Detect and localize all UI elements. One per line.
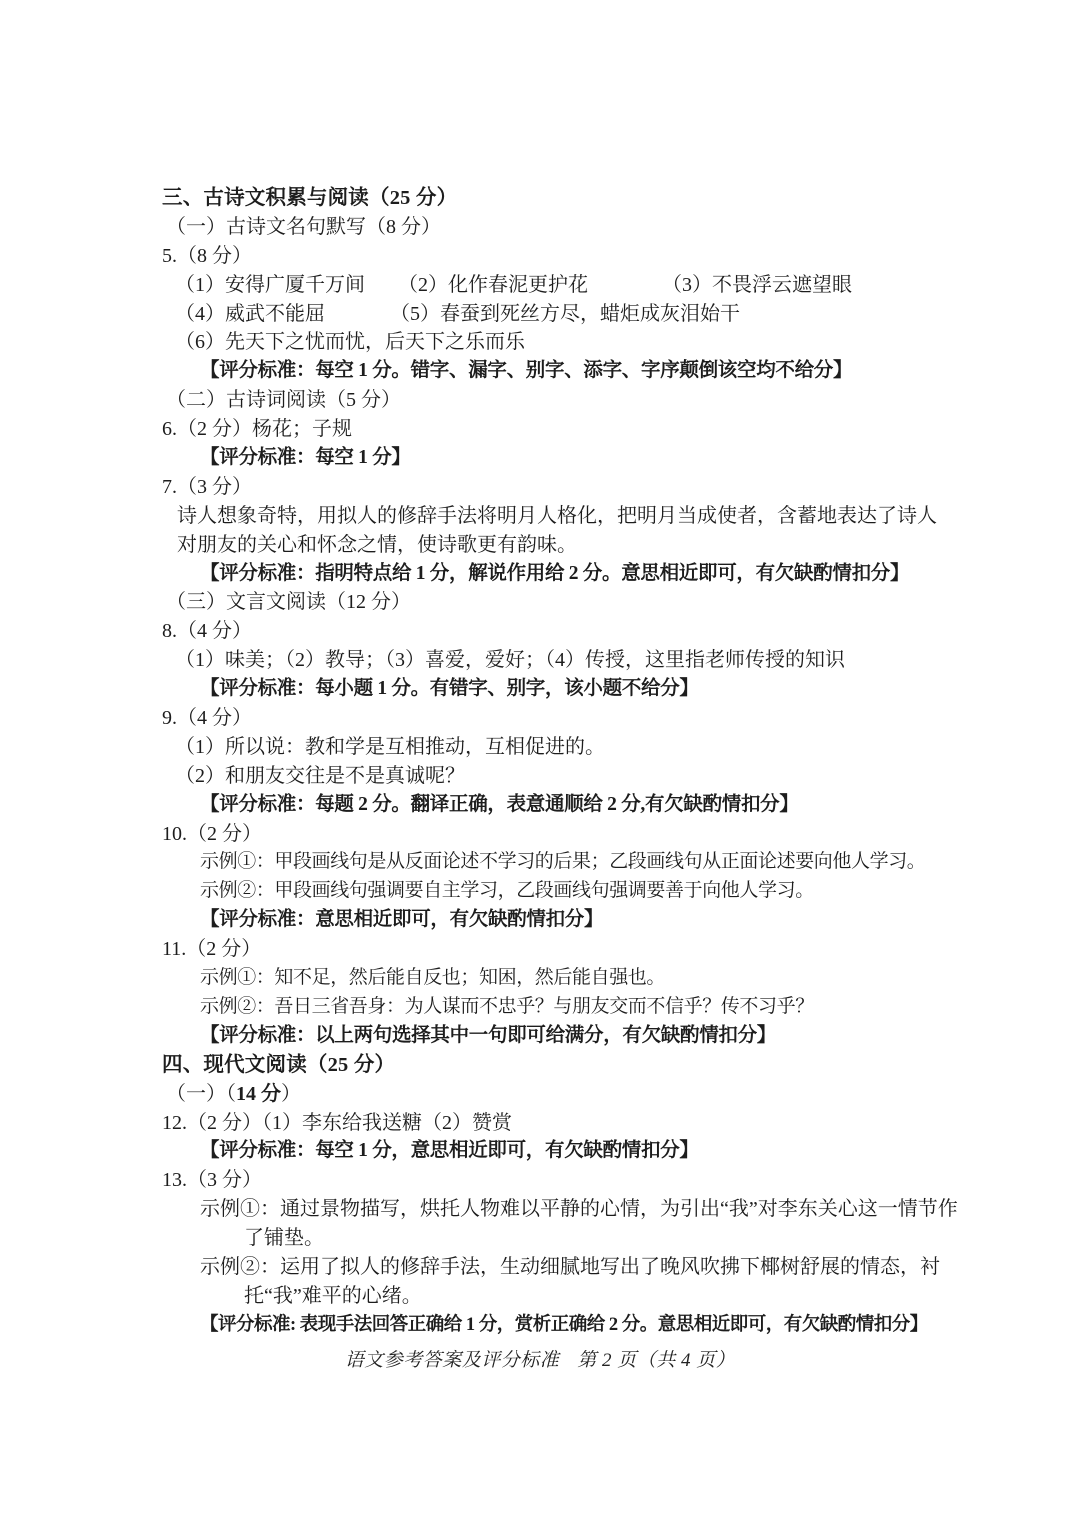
text-segment: 三、古诗文积累与阅读（25 分） [162, 184, 457, 213]
text-segment: 示例①：知不足，然后能自反也；知困，然后能自强也。 [200, 964, 665, 993]
answer-5-item-6: （6）先天下之忧而忧，后天下之乐而乐 [162, 328, 962, 357]
text-segment: 【评分标准：每题 2 分。翻译正确，表意通顺给 2 分,有欠缺酌情扣分】 [200, 791, 799, 820]
text-segment: 诗人想象奇特，用拟人的修辞手法将明月人格化，把明月当成使者，含蓄地表达了诗人 [177, 502, 937, 531]
answer-5-items-4-5: （4）威武不能屈（5）春蚕到死丝方尽，蜡炬成灰泪始干 [162, 300, 962, 329]
text-segment: 13.（3 分） [162, 1166, 262, 1195]
subsection-heading-4-1: （一）（14 分） [162, 1080, 962, 1109]
text-segment: 【评分标准：每空 1 分，意思相近即可，有欠缺酌情扣分】 [200, 1137, 699, 1166]
scoring-standard-6: 【评分标准：每空 1 分】 [162, 444, 962, 473]
text-segment: 12.（2 分）（1）李东给我送糖（2）赞赏 [162, 1109, 512, 1138]
answer-9-2: （2）和朋友交往是不是真诚呢？ [162, 762, 962, 791]
footer-page-number: 第 2 页（共 4 页） [577, 1350, 735, 1371]
answer-8: （1）味美；（2）教导；（3）喜爱，爱好；（4）传授，这里指老师传授的知识 [162, 646, 962, 675]
text-segment: （1）所以说：教和学是互相推动，互相促进的。 [175, 733, 605, 762]
text-segment: （二）古诗词阅读（5 分） [166, 386, 401, 415]
text-segment: 示例①：甲段画线句是从反面论述不学习的后果；乙段画线句从正面论述要向他人学习。 [200, 848, 925, 877]
text-segment: （6）先天下之忧而忧，后天下之乐而乐 [175, 328, 525, 357]
text-segment: 【评分标准：每小题 1 分。有错字、别字，该小题不给分】 [200, 675, 699, 704]
scoring-standard-10: 【评分标准：意思相近即可，有欠缺酌情扣分】 [162, 906, 962, 935]
text-segment: 【评分标准：指明特点给 1 分，解说作用给 2 分。意思相近即可，有欠缺酌情扣分… [200, 560, 909, 589]
answer-11-example-2: 示例②：吾日三省吾身：为人谋而不忠乎？与朋友交而不信乎？传不习乎？ [162, 993, 962, 1022]
text-segment: （4）威武不能屈 [175, 300, 390, 329]
page-footer: 语文参考答案及评分标准第 2 页（共 4 页） [0, 1346, 1080, 1376]
text-segment: 四、现代文阅读（25 分） [162, 1051, 395, 1080]
question-13: 13.（3 分） [162, 1166, 962, 1195]
section-heading-3: 三、古诗文积累与阅读（25 分） [162, 184, 962, 213]
answer-13-example-1-line2: 了铺垫。 [162, 1224, 962, 1253]
scoring-standard-11: 【评分标准：以上两句选择其中一句即可给满分，有欠缺酌情扣分】 [162, 1022, 962, 1051]
text-segment: 8.（4 分） [162, 617, 252, 646]
scoring-standard-5: 【评分标准：每空 1 分。错字、漏字、别字、添字、字序颠倒该空均不给分】 [162, 357, 962, 386]
text-segment: 7.（3 分） [162, 473, 252, 502]
question-6-answer: 6.（2 分）杨花；子规 [162, 415, 962, 444]
text-segment: （一）（ [166, 1080, 236, 1109]
question-10: 10.（2 分） [162, 820, 962, 849]
text-segment: 示例②：甲段画线句强调要自主学习，乙段画线句强调要善于向他人学习。 [200, 877, 814, 906]
question-5: 5.（8 分） [162, 242, 962, 271]
text-segment: 【评分标准：每空 1 分】 [200, 444, 411, 473]
text-segment: （三）文言文阅读（12 分） [166, 588, 411, 617]
answer-13-example-2-line2: 托“我”难平的心绪。 [162, 1282, 962, 1311]
question-11: 11.（2 分） [162, 935, 962, 964]
text-segment: （5）春蚕到死丝方尽，蜡炬成灰泪始干 [390, 300, 740, 329]
answer-13-example-2-line1: 示例②：运用了拟人的修辞手法，生动细腻地写出了晚风吹拂下椰树舒展的情态，衬 [162, 1253, 962, 1282]
question-8: 8.（4 分） [162, 617, 962, 646]
text-segment: 10.（2 分） [162, 820, 262, 849]
text-segment: 【评分标准：以上两句选择其中一句即可给满分，有欠缺酌情扣分】 [200, 1022, 776, 1051]
text-segment: 5.（8 分） [162, 242, 252, 271]
text-segment: （2）化作春泥更护花 [398, 271, 662, 300]
answer-5-items-1-3: （1）安得广厦千万间（2）化作春泥更护花（3）不畏浮云遮望眼 [162, 271, 962, 300]
subsection-heading-3-2: （二）古诗词阅读（5 分） [162, 386, 962, 415]
text-segment: （3）不畏浮云遮望眼 [662, 271, 852, 300]
document-page: 三、古诗文积累与阅读（25 分）（一）古诗文名句默写（8 分）5.（8 分）（1… [0, 0, 1080, 1527]
text-segment: 示例②：吾日三省吾身：为人谋而不忠乎？与朋友交而不信乎？传不习乎？ [200, 993, 814, 1022]
answer-key-body: 三、古诗文积累与阅读（25 分）（一）古诗文名句默写（8 分）5.（8 分）（1… [162, 184, 962, 1340]
text-segment: 【评分标准：意思相近即可，有欠缺酌情扣分】 [200, 906, 603, 935]
text-segment: （2）和朋友交往是不是真诚呢？ [175, 762, 465, 791]
footer-document-title: 语文参考答案及评分标准 [345, 1350, 560, 1371]
text-segment: 了铺垫。 [244, 1224, 324, 1253]
text-segment: （一）古诗文名句默写（8 分） [166, 213, 441, 242]
text-segment: 对朋友的关心和怀念之情，使诗歌更有韵味。 [177, 531, 577, 560]
text-segment: 【评分标准：每空 1 分。错字、漏字、别字、添字、字序颠倒该空均不给分】 [200, 357, 852, 386]
question-9: 9.（4 分） [162, 704, 962, 733]
answer-7-line2: 对朋友的关心和怀念之情，使诗歌更有韵味。 [162, 531, 962, 560]
text-segment: 【评分标准: 表现手法回答正确给 1 分，赏析正确给 2 分。意思相近即可，有欠… [200, 1311, 928, 1340]
text-segment: 示例①：通过景物描写，烘托人物难以平静的心情，为引出“我”对李东关心这一情节作 [200, 1195, 958, 1224]
text-segment: ） [281, 1080, 301, 1109]
question-7: 7.（3 分） [162, 473, 962, 502]
question-12-answer: 12.（2 分）（1）李东给我送糖（2）赞赏 [162, 1109, 962, 1138]
scoring-standard-12: 【评分标准：每空 1 分，意思相近即可，有欠缺酌情扣分】 [162, 1137, 962, 1166]
text-segment: 11.（2 分） [162, 935, 261, 964]
answer-10-example-2: 示例②：甲段画线句强调要自主学习，乙段画线句强调要善于向他人学习。 [162, 877, 962, 906]
answer-10-example-1: 示例①：甲段画线句是从反面论述不学习的后果；乙段画线句从正面论述要向他人学习。 [162, 848, 962, 877]
text-segment: 6.（2 分）杨花；子规 [162, 415, 352, 444]
subsection-heading-3-1: （一）古诗文名句默写（8 分） [162, 213, 962, 242]
section-heading-4: 四、现代文阅读（25 分） [162, 1051, 962, 1080]
scoring-standard-9: 【评分标准：每题 2 分。翻译正确，表意通顺给 2 分,有欠缺酌情扣分】 [162, 791, 962, 820]
scoring-standard-13: 【评分标准: 表现手法回答正确给 1 分，赏析正确给 2 分。意思相近即可，有欠… [162, 1311, 962, 1340]
text-segment: 示例②：运用了拟人的修辞手法，生动细腻地写出了晚风吹拂下椰树舒展的情态，衬 [200, 1253, 940, 1282]
answer-11-example-1: 示例①：知不足，然后能自反也；知困，然后能自强也。 [162, 964, 962, 993]
text-segment: （1）安得广厦千万间 [175, 271, 398, 300]
answer-7-line1: 诗人想象奇特，用拟人的修辞手法将明月人格化，把明月当成使者，含蓄地表达了诗人 [162, 502, 962, 531]
text-segment: 14 分 [236, 1080, 281, 1109]
scoring-standard-8: 【评分标准：每小题 1 分。有错字、别字，该小题不给分】 [162, 675, 962, 704]
scoring-standard-7: 【评分标准：指明特点给 1 分，解说作用给 2 分。意思相近即可，有欠缺酌情扣分… [162, 560, 962, 589]
subsection-heading-3-3: （三）文言文阅读（12 分） [162, 588, 962, 617]
text-segment: 托“我”难平的心绪。 [244, 1282, 422, 1311]
text-segment: 9.（4 分） [162, 704, 252, 733]
text-segment: （1）味美；（2）教导；（3）喜爱，爱好；（4）传授，这里指老师传授的知识 [175, 646, 845, 675]
answer-13-example-1-line1: 示例①：通过景物描写，烘托人物难以平静的心情，为引出“我”对李东关心这一情节作 [162, 1195, 962, 1224]
answer-9-1: （1）所以说：教和学是互相推动，互相促进的。 [162, 733, 962, 762]
